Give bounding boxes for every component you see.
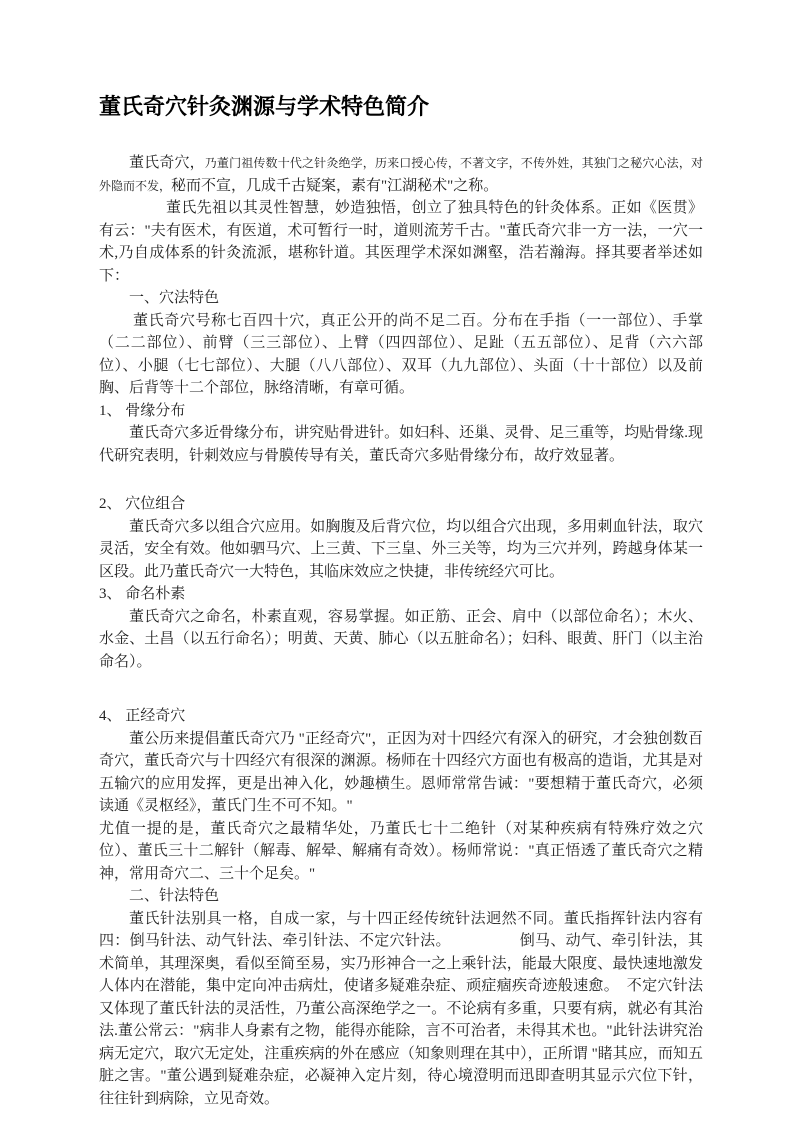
intro-lead: 董氏奇穴， (129, 155, 205, 171)
document-content: 董氏奇穴针灸渊源与学术特色简介 董氏奇穴，乃董门祖传数十代之针灸绝学，历来口授心… (99, 92, 703, 1110)
sub3-heading: 3、 命名朴素 (99, 583, 703, 606)
sub4-extra-paragraph: 尤值一提的是，董氏奇穴之最精华处，乃董氏七十二绝针（对某种疾病有特殊疗效之穴位）… (99, 818, 703, 886)
document-page: 董氏奇穴针灸渊源与学术特色简介 董氏奇穴，乃董门祖传数十代之针灸绝学，历来口授心… (0, 0, 793, 1122)
sub4-body: 董公历来提倡董氏奇穴乃 "正经奇穴"，正因为对十四经穴有深入的研究，才会独创数百… (99, 728, 703, 818)
blank-line (99, 673, 703, 705)
sub1-body: 董氏奇穴多近骨缘分布，讲究贴骨进针。如妇科、还巢、灵骨、足三重等，均贴骨缘.现代… (99, 422, 703, 467)
sub4-heading: 4、 正经奇穴 (99, 705, 703, 728)
section2-body: 董氏针法别具一格，自成一家，与十四正经传统针法迥然不同。董氏指挥针法内容有四：倒… (99, 908, 703, 1111)
intro-paragraph: 董氏奇穴，乃董门祖传数十代之针灸绝学，历来口授心传，不著文字，不传外姓，其独门之… (99, 152, 703, 197)
sub3-body: 董氏奇穴之命名，朴素直观，容易掌握。如正筋、正会、肩中（以部位命名）；木火、水金… (99, 606, 703, 674)
document-title: 董氏奇穴针灸渊源与学术特色简介 (99, 92, 703, 122)
section1-heading: 一、穴法特色 (99, 287, 703, 310)
origin-paragraph: 董氏先祖以其灵性智慧，妙造独悟，创立了独具特色的针灸体系。正如《医贯》有云："夫… (99, 197, 703, 287)
sub2-body: 董氏奇穴多以组合穴应用。如胸腹及后背穴位，均以组合穴出现，多用刺血针法，取穴灵活… (99, 516, 703, 584)
section2-heading: 二、针法特色 (99, 885, 703, 908)
section1-overview: 董氏奇穴号称七百四十穴，真正公开的尚不足二百。分布在手指（一一部位）、手掌（二二… (99, 310, 703, 400)
sub2-heading: 2、 穴位组合 (99, 493, 703, 516)
intro-tail: 秘而不宣，几成千古疑案，素有"江湖秘术"之称。 (171, 178, 498, 194)
sub1-heading: 1、 骨缘分布 (99, 400, 703, 423)
blank-line (99, 467, 703, 493)
